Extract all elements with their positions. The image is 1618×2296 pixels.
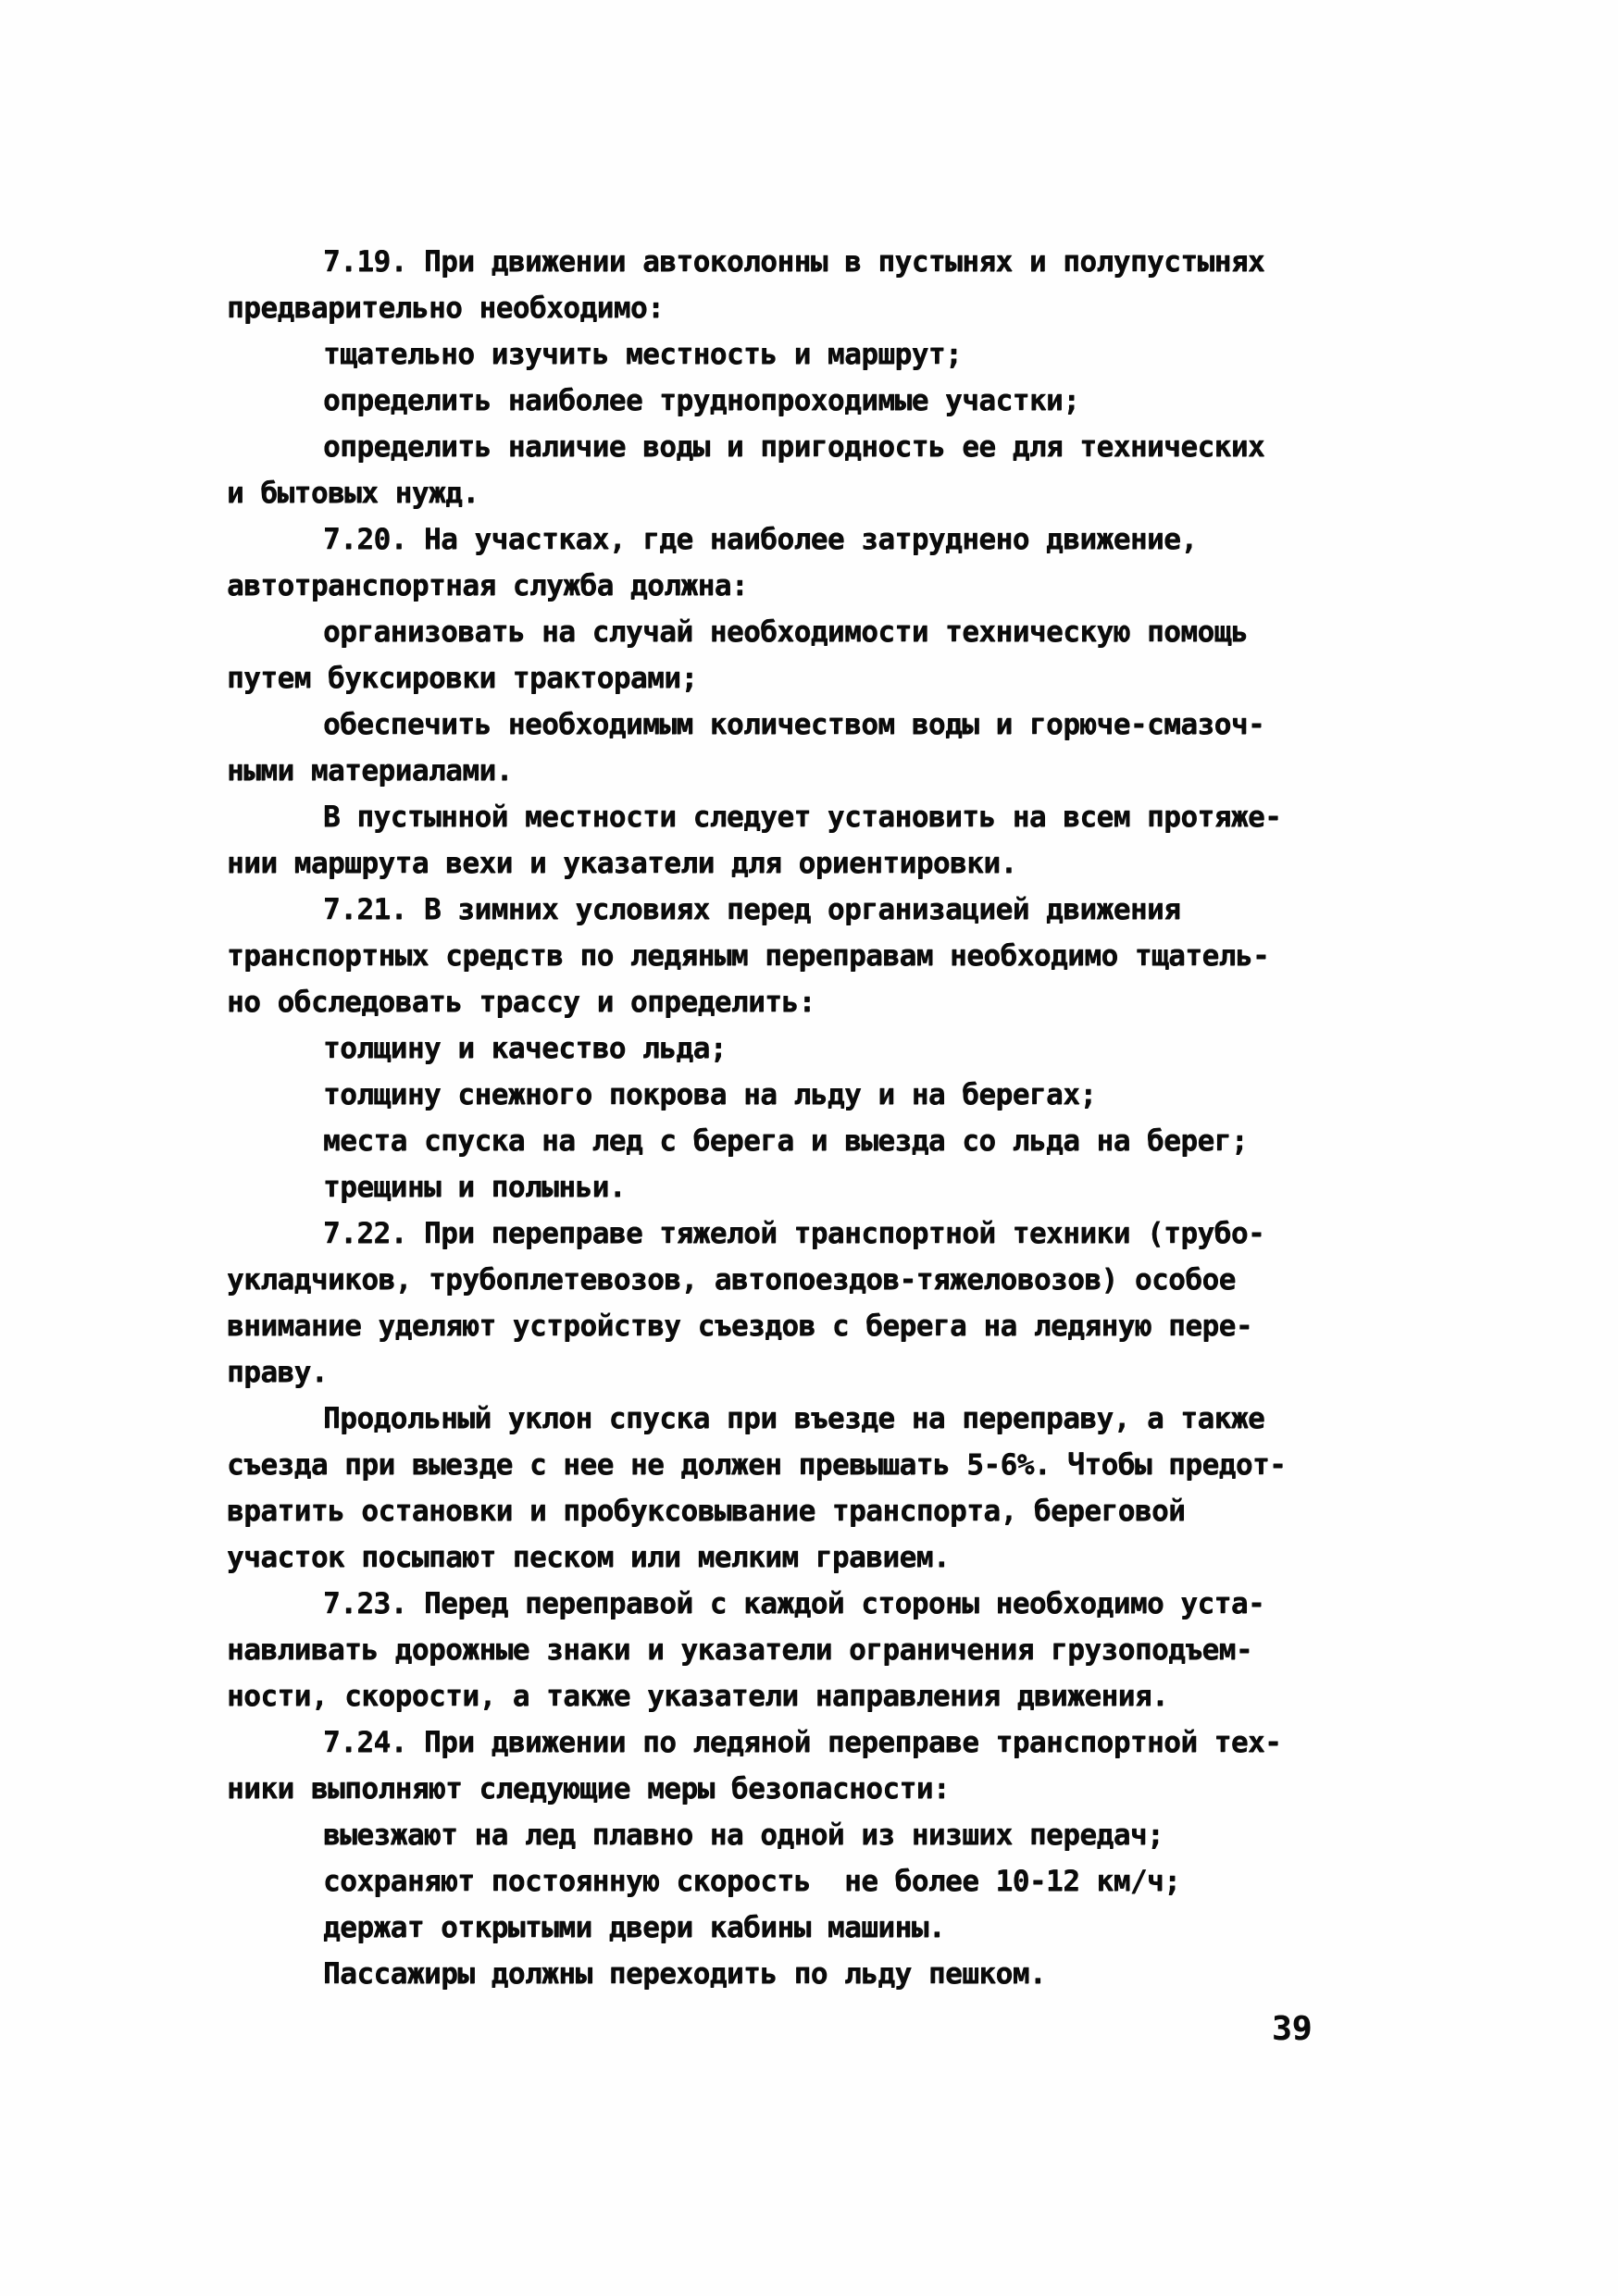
text-line: нии маршрута вехи и указатели для ориент… — [227, 840, 1430, 887]
text-line: 7.21. В зимних условиях перед организаци… — [227, 887, 1430, 933]
text-line: организовать на случай необходимости тех… — [227, 609, 1430, 655]
text-line: тщательно изучить местность и маршрут; — [227, 331, 1430, 378]
text-line: Пассажиры должны переходить по льду пешк… — [227, 1951, 1430, 1997]
text-line: места спуска на лед с берега и выезда со… — [227, 1118, 1430, 1164]
text-line: 7.23. Перед переправой с каждой стороны … — [227, 1581, 1430, 1627]
text-line: трещины и полыньи. — [227, 1164, 1430, 1210]
text-line: ности, скорости, а также указатели напра… — [227, 1673, 1430, 1719]
text-line: предварительно необходимо: — [227, 285, 1430, 331]
page-number: 39 — [1272, 2006, 1312, 2053]
text-line: определить наиболее труднопроходимые уча… — [227, 378, 1430, 424]
text-line: транспортных средств по ледяным переправ… — [227, 933, 1430, 979]
text-line: внимание уделяют устройству съездов с бе… — [227, 1303, 1430, 1349]
text-line: определить наличие воды и пригодность ее… — [227, 424, 1430, 470]
text-line: укладчиков, трубоплетевозов, автопоездов… — [227, 1257, 1430, 1303]
text-line: 7.22. При переправе тяжелой транспортной… — [227, 1210, 1430, 1257]
document-text-block: 7.19. При движении автоколонны в пустыня… — [227, 239, 1430, 1997]
text-line: 7.24. При движении по ледяной переправе … — [227, 1719, 1430, 1766]
text-line: В пустынной местности следует установить… — [227, 794, 1430, 840]
text-line: Продольный уклон спуска при въезде на пе… — [227, 1396, 1430, 1442]
text-line: навливать дорожные знаки и указатели огр… — [227, 1627, 1430, 1673]
text-line: вратить остановки и пробуксовывание тран… — [227, 1488, 1430, 1534]
text-line: и бытовых нужд. — [227, 470, 1430, 516]
text-line: ными материалами. — [227, 748, 1430, 794]
text-line: толщину и качество льда; — [227, 1025, 1430, 1072]
text-line: сохраняют постоянную скорость не более 1… — [227, 1858, 1430, 1905]
text-line: обеспечить необходимым количеством воды … — [227, 701, 1430, 748]
text-line: праву. — [227, 1349, 1430, 1396]
text-line: путем буксировки тракторами; — [227, 655, 1430, 701]
text-line: участок посыпают песком или мелким грави… — [227, 1534, 1430, 1581]
text-line: выезжают на лед плавно на одной из низши… — [227, 1812, 1430, 1858]
text-line: съезда при выезде с нее не должен превыш… — [227, 1442, 1430, 1488]
text-line: но обследовать трассу и определить: — [227, 979, 1430, 1025]
text-line: 7.20. На участках, где наиболее затрудне… — [227, 516, 1430, 563]
text-line: держат открытыми двери кабины машины. — [227, 1905, 1430, 1951]
text-line: толщину снежного покрова на льду и на бе… — [227, 1072, 1430, 1118]
text-line: 7.19. При движении автоколонны в пустыня… — [227, 239, 1430, 285]
text-line: ники выполняют следующие меры безопаснос… — [227, 1766, 1430, 1812]
text-line: автотранспортная служба должна: — [227, 563, 1430, 609]
scanned-document-page: 7.19. При движении автоколонны в пустыня… — [0, 0, 1618, 2296]
